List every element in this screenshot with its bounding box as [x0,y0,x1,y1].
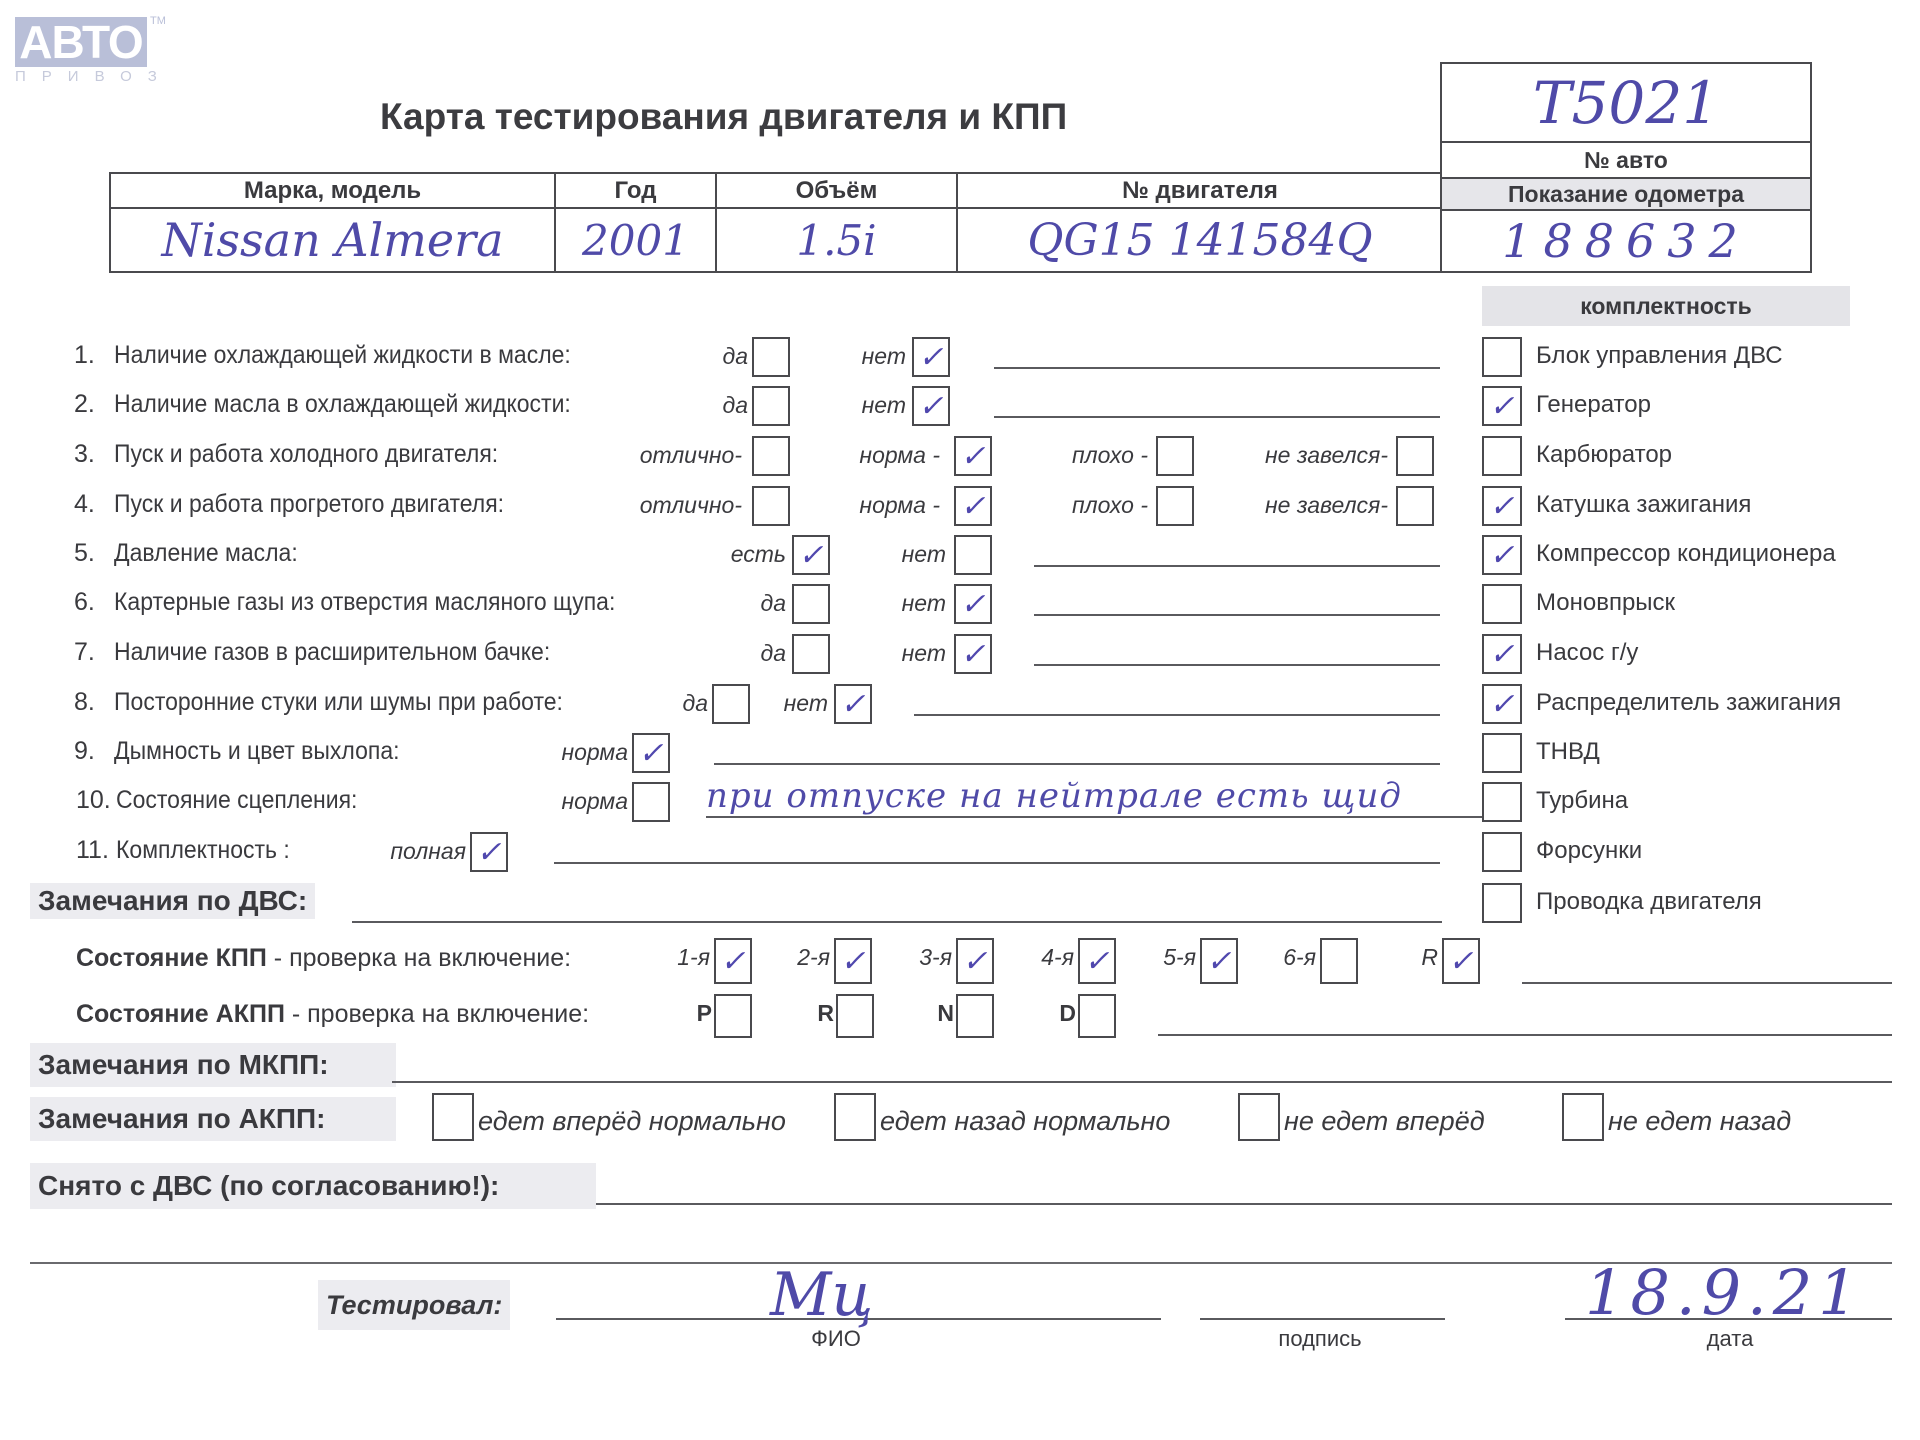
completeness-item-label: Форсунки [1536,837,1642,865]
option-label: есть [731,541,786,568]
option-checkbox[interactable] [712,684,750,724]
check-notes-field[interactable] [994,416,1440,418]
check-notes-field[interactable] [1034,664,1440,666]
option-checkbox[interactable] [1156,436,1194,476]
odometer-label: Показание одометра [1442,179,1810,209]
option-label: да [722,392,748,419]
check-number: 9. [74,737,95,766]
remarks-engine-label: Замечания по ДВС: [30,883,315,919]
kpp-gear-label: R [1421,944,1438,971]
option-checkbox[interactable] [792,584,830,624]
check-question: Наличие газов в расширительном бачке: [114,638,550,667]
option-label: да [682,690,708,717]
completeness-checkbox[interactable] [1482,337,1522,377]
vehicle-header-table: Марка, модель Год Объём № двигателя Niss… [109,172,1442,273]
akpp-gear-checkbox[interactable] [1078,994,1116,1038]
col-header-engine-number: № двигателя [958,174,1442,207]
check-question: Давление масла: [114,539,298,568]
option-checkbox[interactable] [632,782,670,822]
option-checkbox[interactable]: ✓ [954,584,992,624]
option-label: не завелся- [1265,442,1388,469]
completeness-checkbox[interactable] [1482,782,1522,822]
date-value[interactable]: 18.9.21 [1585,1256,1864,1329]
option-checkbox[interactable]: ✓ [954,486,992,526]
option-checkbox[interactable] [752,386,790,426]
completeness-checkbox[interactable]: ✓ [1482,486,1522,526]
completeness-item-label: Распределитель зажигания [1536,689,1841,717]
col-header-make-model: Марка, модель [111,174,554,207]
option-label: да [760,590,786,617]
check-notes-field[interactable] [714,763,1440,765]
check-question: Пуск и работа прогретого двигателя: [114,490,504,519]
kpp-gear-label: 2-я [797,944,830,971]
check-question: Комплектность : [116,836,290,865]
remarks-engine-field[interactable] [352,921,1442,923]
check-question: Дымность и цвет выхлопа: [114,737,400,766]
completeness-item-label: Карбюратор [1536,441,1672,469]
check-number: 7. [74,638,95,667]
option-checkbox[interactable] [752,337,790,377]
option-label: да [760,640,786,667]
completeness-header: комплектность [1482,286,1850,326]
car-number-label: № авто [1442,143,1810,177]
akpp-gear-label: R [817,1000,834,1027]
completeness-checkbox[interactable] [1482,832,1522,872]
option-label: нет [862,392,906,419]
name-value[interactable]: Мц [770,1260,873,1330]
kpp-gear-checkbox[interactable]: ✓ [1442,938,1480,984]
option-checkbox[interactable]: ✓ [912,337,950,377]
completeness-checkbox[interactable]: ✓ [1482,386,1522,426]
option-label: нет [862,343,906,370]
kpp-gear-label: 4-я [1041,944,1074,971]
logo: АВТО [15,17,147,67]
option-label: норма [561,739,628,766]
akpp-remark-label: не едет вперёд [1284,1106,1485,1137]
page-title: Карта тестирования двигателя и КПП [380,96,1180,138]
check-number: 8. [74,688,95,717]
check-notes-field[interactable] [554,862,1440,864]
completeness-item-label: Компрессор кондиционера [1536,540,1836,568]
check-question: Состояние сцепления: [116,786,357,815]
volume-value[interactable]: 1.5i [717,209,956,271]
akpp-remark-label: едет назад нормально [880,1106,1170,1137]
option-label: норма [561,788,628,815]
check-question: Пуск и работа холодного двигателя: [114,440,498,469]
kpp-gear-checkbox[interactable]: ✓ [1078,938,1116,984]
kpp-gear-label: 6-я [1283,944,1316,971]
completeness-item-label: Генератор [1536,391,1651,419]
name-caption: ФИО [756,1326,916,1352]
completeness-checkbox[interactable]: ✓ [1482,535,1522,575]
option-label: нет [784,690,828,717]
kpp-gear-checkbox[interactable]: ✓ [956,938,994,984]
check-number: 5. [74,539,95,568]
signature-field[interactable] [1200,1318,1445,1320]
completeness-item-label: Турбина [1536,787,1628,815]
completeness-checkbox[interactable] [1482,733,1522,773]
option-checkbox[interactable] [752,436,790,476]
remarks-mkpp-label: Замечания по МКПП: [30,1043,396,1087]
check-notes-field[interactable] [1034,565,1440,567]
check-number: 6. [74,588,95,617]
logo-trademark: TM [150,15,166,27]
option-label: плохо - [1072,492,1148,519]
check-question: Картерные газы из отверстия масляного щу… [114,588,615,617]
check-notes-field[interactable] [1034,614,1440,616]
akpp-remark-checkbox[interactable] [432,1093,474,1141]
completeness-checkbox[interactable] [1482,436,1522,476]
remarks-mkpp-field[interactable] [392,1081,1892,1083]
akpp-gear-checkbox[interactable] [836,994,874,1038]
check-number: 11. [76,836,109,865]
option-checkbox[interactable] [1156,486,1194,526]
check-number: 3. [74,440,95,469]
completeness-checkbox[interactable]: ✓ [1482,684,1522,724]
year-value[interactable]: 2001 [556,209,715,271]
kpp-label: Состояние КПП - проверка на включение: [76,944,571,973]
kpp-gear-checkbox[interactable]: ✓ [834,938,872,984]
completeness-item-label: Насос г/у [1536,639,1638,667]
date-caption: дата [1655,1326,1805,1352]
akpp-gear-checkbox[interactable] [956,994,994,1038]
engine-number-value[interactable]: QG15 141584Q [958,209,1442,271]
akpp-gear-label: P [697,1000,712,1027]
akpp-gear-checkbox[interactable] [714,994,752,1038]
option-checkbox[interactable] [1396,436,1434,476]
kpp-remarks-field[interactable] [1522,982,1892,984]
odometer-value[interactable]: 188632 [1442,211,1810,271]
removed-label: Снято с ДВС (по согласованию!): [30,1163,596,1209]
option-label: норма - [859,492,940,519]
akpp-remarks-field[interactable] [1158,1034,1892,1036]
completeness-checkbox[interactable]: ✓ [1482,634,1522,674]
kpp-gear-checkbox[interactable] [1320,938,1358,984]
akpp-label: Состояние АКПП - проверка на включение: [76,1000,589,1029]
option-label: нет [902,640,946,667]
option-checkbox[interactable]: ✓ [954,634,992,674]
option-checkbox[interactable]: ✓ [632,733,670,773]
col-header-year: Год [556,174,715,207]
option-checkbox[interactable] [752,486,790,526]
kpp-gear-label: 1-я [677,944,710,971]
completeness-item-label: Проводка двигателя [1536,888,1762,916]
tested-label: Тестировал: [318,1280,510,1330]
signature-caption: подпись [1245,1326,1395,1352]
check-question: Наличие масла в охлаждающей жидкости: [114,390,571,419]
akpp-remark-checkbox[interactable] [1562,1093,1604,1141]
completeness-checkbox[interactable] [1482,584,1522,624]
option-label: отлично- [640,442,742,469]
check-question: Наличие охлаждающей жидкости в масле: [114,341,571,370]
option-label: нет [902,541,946,568]
option-label: норма - [859,442,940,469]
col-header-volume: Объём [717,174,956,207]
car-info-box: T5021 № авто Показание одометра 188632 [1440,62,1812,273]
option-checkbox[interactable] [792,634,830,674]
check-question: Посторонние стуки или шумы при работе: [114,688,563,717]
completeness-checkbox[interactable] [1482,883,1522,923]
completeness-item-label: Моновпрыск [1536,589,1675,617]
check-number: 2. [74,390,95,419]
check-notes-field[interactable] [914,714,1440,716]
check-number: 10. [76,786,111,815]
option-checkbox[interactable] [1396,486,1434,526]
option-checkbox[interactable]: ✓ [912,386,950,426]
completeness-item-label: Блок управления ДВС [1536,342,1783,370]
akpp-gear-label: D [1059,1000,1076,1027]
completeness-item-label: Катушка зажигания [1536,491,1751,519]
option-label: полная [390,838,466,865]
option-label: нет [902,590,946,617]
option-label: отлично- [640,492,742,519]
check-number: 4. [74,490,95,519]
akpp-remark-label: едет вперёд нормально [478,1106,786,1137]
option-checkbox[interactable] [954,535,992,575]
clutch-note[interactable]: при отпуске на нейтрале есть щид [706,776,1496,818]
option-label: не завелся- [1265,492,1388,519]
kpp-gear-checkbox[interactable]: ✓ [1200,938,1238,984]
make-model-value[interactable]: Nissan Almera [111,209,554,271]
akpp-remark-checkbox[interactable] [1238,1093,1280,1141]
kpp-gear-label: 5-я [1163,944,1196,971]
car-number-value[interactable]: T5021 [1442,64,1810,141]
akpp-remark-label: не едет назад [1608,1106,1791,1137]
kpp-gear-label: 3-я [919,944,952,971]
logo-subtitle: ПРИВОЗ [15,68,173,85]
check-notes-field[interactable] [994,367,1440,369]
kpp-gear-checkbox[interactable]: ✓ [714,938,752,984]
akpp-gear-label: N [937,1000,954,1027]
removed-field[interactable] [596,1203,1892,1205]
option-checkbox[interactable]: ✓ [954,436,992,476]
check-number: 1. [74,341,95,370]
option-label: да [722,343,748,370]
completeness-item-label: ТНВД [1536,738,1600,766]
remarks-akpp-label: Замечания по АКПП: [30,1097,396,1141]
option-checkbox[interactable]: ✓ [834,684,872,724]
option-label: плохо - [1072,442,1148,469]
option-checkbox[interactable]: ✓ [792,535,830,575]
option-checkbox[interactable]: ✓ [470,832,508,872]
akpp-remark-checkbox[interactable] [834,1093,876,1141]
